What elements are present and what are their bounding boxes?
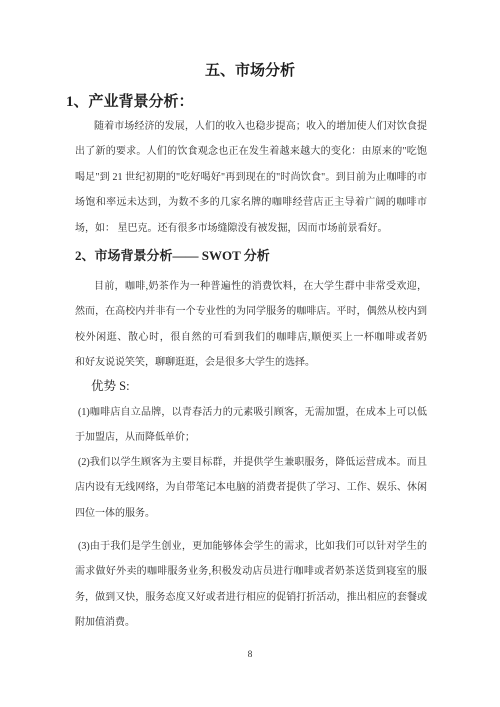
text-line: 店内设有无线网络，为自带笔记本电脑的消费者提供了学习、工作、娱乐、休闲 [75,475,427,500]
text-line: 场饱和率远未达到，为数不多的几家名牌的咖啡经营店正主导着广阔的咖啡市 [75,190,427,215]
paragraph-market-background: 目前，咖啡,奶茶作为一种普遍性的消费饮料，在大学生群中非常受欢迎， 然而，在高校… [75,274,427,376]
text-line: 附加值消费。 [75,610,427,635]
paragraph-strength-2: (2)我们以学生顾客为主要目标群，并提供学生兼职服务，降低运营成本。而且 店内设… [75,450,427,526]
document-page: 五、市场分析 1、产业背景分析： 随着市场经济的发展，人们的收入也稳步提高；收入… [0,0,500,707]
text-line: 于加盟店，从而降低单价； [75,425,427,450]
text-line: (1)咖啡店自立品牌，以青春活力的元素吸引顾客，无需加盟，在成本上可以低 [75,400,427,425]
paragraph-strength-3: (3)由于我们是学生创业，更加能够体会学生的需求，比如我们可以针对学生的 需求做… [75,534,427,636]
text-line: 然而，在高校内并非有一个专业性的为同学服务的咖啡店。平时，偶然从校内到 [75,299,427,324]
text-line: 喝足"到 21 世纪初期的"吃好喝好"再到现在的"时尚饮食"。到目前为止咖啡的市 [75,165,427,190]
text-line: 目前，咖啡,奶茶作为一种普遍性的消费饮料，在大学生群中非常受欢迎， [75,274,427,299]
text-line: 校外闲逛、散心时，很自然的可看到我们的咖啡店,顺便买上一杯咖啡或者奶茶， [75,325,427,350]
paragraph-industry-background: 随着市场经济的发展，人们的收入也稳步提高；收入的增加使人们对饮食提 出了新的要求… [75,114,427,241]
text-line: 务，做到又快，服务态度又好或者进行相应的促销打折活动，推出相应的套餐或 [75,585,427,610]
section-heading-market-background-swot: 2、市场背景分析—— SWOT 分析 [75,248,270,263]
text-line: (2)我们以学生顾客为主要目标群，并提供学生兼职服务，降低运营成本。而且 [75,450,427,475]
page-title: 五、市场分析 [0,63,500,79]
text-line: 四位一体的服务。 [75,501,427,526]
subheading-strengths: 优势 S: [91,379,130,393]
text-line: 需求做好外卖的咖啡服务业务,积极发动店员进行咖啡或者奶茶送货到寝室的服 [75,559,427,584]
text-line: 出了新的要求。人们的饮食观念也正在发生着越来越大的变化：由原来的"吃饱 [75,139,427,164]
text-line: 和好友说说笑笑，聊聊逛逛，会是很多大学生的选择。 [75,350,427,375]
page-number: 8 [0,650,500,661]
text-line: 场，如： 星巴克。还有很多市场缝隙没有被发掘，因而市场前景看好。 [75,216,427,241]
section-heading-industry-background: 1、产业背景分析： [66,94,194,110]
text-line: (3)由于我们是学生创业，更加能够体会学生的需求，比如我们可以针对学生的 [75,534,427,559]
text-line: 随着市场经济的发展，人们的收入也稳步提高；收入的增加使人们对饮食提 [75,114,427,139]
paragraph-strength-1: (1)咖啡店自立品牌，以青春活力的元素吸引顾客，无需加盟，在成本上可以低 于加盟… [75,400,427,451]
